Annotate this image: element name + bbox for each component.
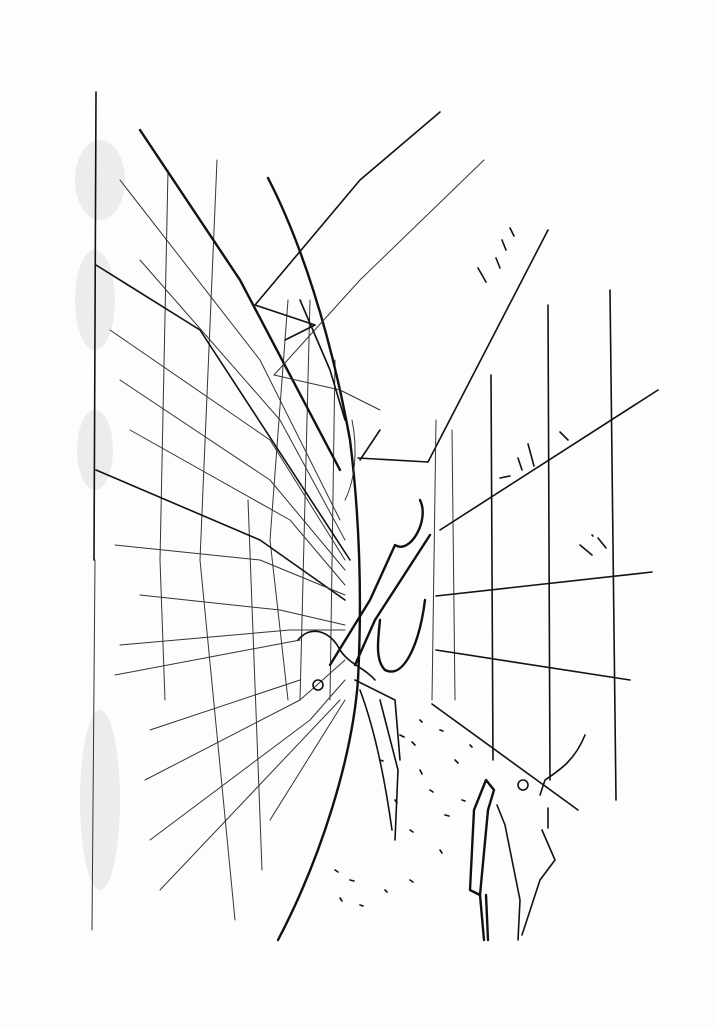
central-canopy bbox=[298, 500, 430, 840]
scan-smudges bbox=[75, 140, 125, 890]
left-facade-receding bbox=[96, 130, 350, 890]
street-end bbox=[358, 230, 548, 462]
central-wall bbox=[268, 178, 360, 940]
right-facade bbox=[432, 228, 658, 810]
left-facade-verticals bbox=[92, 92, 335, 930]
sketch-page bbox=[0, 0, 717, 1028]
foreground-figures bbox=[470, 735, 585, 940]
architectural-sketch bbox=[0, 0, 717, 1028]
upper-zigzag bbox=[255, 112, 484, 500]
ground-marks bbox=[335, 720, 472, 906]
